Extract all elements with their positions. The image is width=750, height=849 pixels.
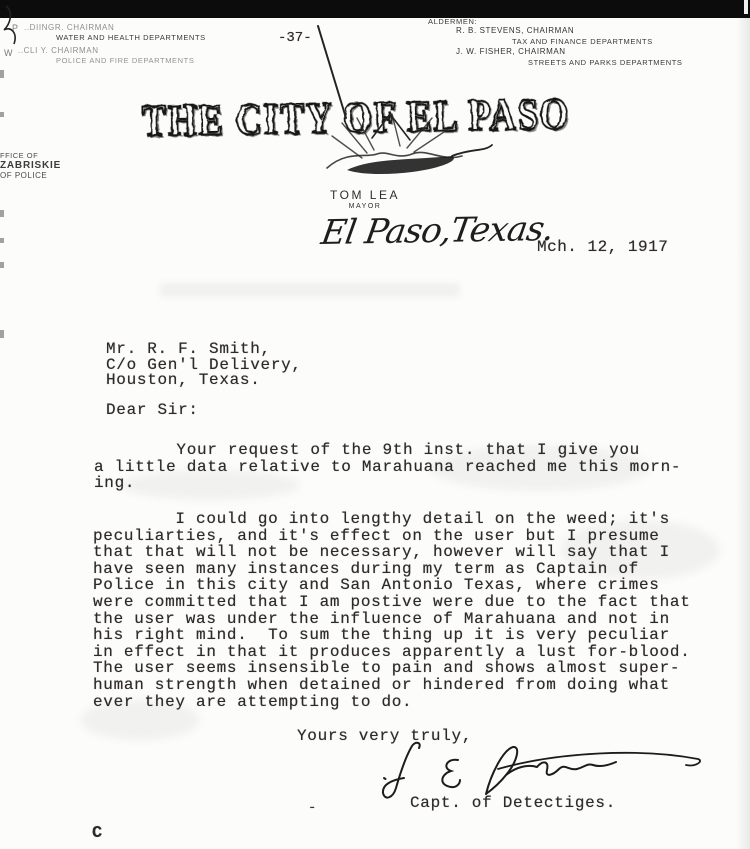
dateline-typed: Mch. 12, 1917 [537,238,668,256]
office-of-block: FFICE OF ZABRISKIE OF POLICE [0,151,61,180]
footer-mark: C [92,824,102,843]
office-line: ZABRISKIE [0,160,61,171]
scan-ghost-text [160,283,460,297]
paragraph-1: Your request of the 9th inst. that I giv… [94,442,681,492]
mayor-title: MAYOR [300,203,430,210]
scan-dash-mark: - [308,800,316,816]
alderman-dept: POLICE AND FIRE DEPARTMENTS [56,56,194,65]
paragraph-2: I could go into lengthy detail on the we… [93,511,691,710]
scan-black-bar [0,0,750,18]
scan-edge-mark [0,262,4,268]
scan-edge-mark [0,210,4,217]
scan-edge-mark [0,112,4,117]
scan-edge-mark [0,330,4,338]
margin-mark: P [12,23,18,33]
scan-edge-mark [0,238,4,243]
mayor-name: TOM LEA [300,188,430,202]
alderman-name: ..DIINGR. CHAIRMAN [24,23,114,32]
alderman-dept: WATER AND HEALTH DEPARTMENTS [56,33,206,42]
mountain-sunrise-illustration [272,18,502,188]
salutation: Dear Sir: [106,402,199,419]
margin-mark: W [4,48,13,58]
scan-edge-streak [736,0,750,849]
alderman-dept: STREETS AND PARKS DEPARTMENTS [528,58,683,67]
office-line: OF POLICE [0,171,61,180]
recipient-address: Mr. R. F. Smith, C/o Gen'l Delivery, Hou… [106,342,302,389]
signature-title: Capt. of Detectiges. [410,795,616,812]
alderman-dept: TAX AND FINANCE DEPARTMENTS [512,37,653,46]
alderman-name: ..CLI Y. CHAIRMAN [18,46,99,55]
mayor-block: TOM LEA MAYOR [300,188,430,210]
office-line: FFICE OF [0,151,61,160]
scanned-letter-page: P W ..DIINGR. CHAIRMAN WATER AND HEALTH … [0,0,750,849]
scan-edge-mark [0,70,4,78]
dateline-script: El Paso,Texas. [318,209,556,253]
